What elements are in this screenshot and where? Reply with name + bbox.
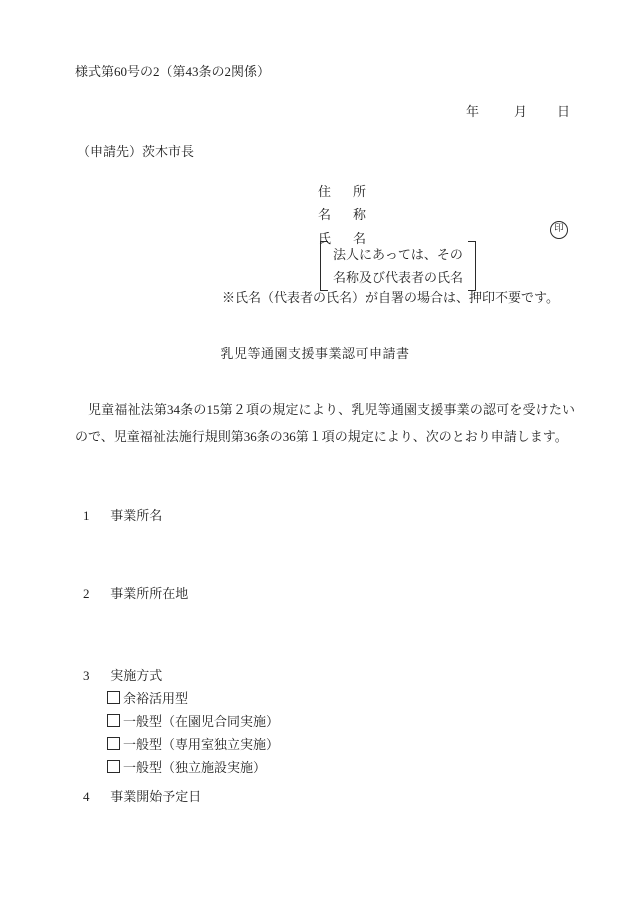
- item-4-number: 4: [83, 789, 107, 805]
- date-line: 年 月 日: [0, 101, 630, 117]
- corporate-note-line2: 名称及び代表者の氏名: [333, 270, 463, 285]
- option-label: 余裕活用型: [123, 691, 188, 706]
- left-bracket: [320, 241, 328, 291]
- address-label-first: 住: [318, 181, 331, 200]
- item-1-number: 1: [83, 508, 107, 524]
- checkbox-icon: [107, 737, 120, 750]
- item-2-number: 2: [83, 586, 107, 602]
- address-label-second: 所: [353, 181, 366, 200]
- item-2: 2 事業所所在地: [83, 583, 188, 602]
- date-day-label: 日: [557, 101, 570, 120]
- item-4: 4 事業開始予定日: [83, 786, 201, 805]
- name-label-second: 称: [353, 204, 366, 223]
- checkbox-icon: [107, 714, 120, 727]
- option-label: 一般型（在園児合同実施）: [123, 714, 279, 729]
- checkbox-icon: [107, 691, 120, 704]
- address-label: 住 所: [318, 181, 366, 200]
- option-row: 一般型（在園児合同実施）: [107, 711, 279, 730]
- corporate-note-line1: 法人にあっては、その: [333, 247, 463, 262]
- seal-character: 印: [554, 225, 564, 235]
- item-1-label: 事業所名: [110, 508, 162, 523]
- name-label-first: 名: [318, 204, 331, 223]
- item-1: 1 事業所名: [83, 505, 162, 524]
- option-label: 一般型（専用室独立実施）: [123, 737, 279, 752]
- option-row: 余裕活用型: [107, 688, 188, 707]
- item-4-label: 事業開始予定日: [110, 789, 201, 804]
- option-row: 一般型（独立施設実施）: [107, 757, 266, 776]
- right-bracket: [468, 241, 476, 291]
- item-2-label: 事業所所在地: [110, 586, 188, 601]
- checkbox-icon: [107, 760, 120, 773]
- item-3-label: 実施方式: [110, 668, 162, 683]
- option-row: 一般型（専用室独立実施）: [107, 734, 279, 753]
- body-paragraph: 児童福祉法第34条の15第２項の規定により、乳児等通園支援事業の認可を受けたいの…: [75, 396, 575, 450]
- seal-mark-icon: 印: [550, 221, 568, 239]
- signature-note: ※氏名（代表者の氏名）が自署の場合は、押印不要です。: [222, 287, 559, 306]
- form-page: 様式第60号の2（第43条の2関係） 年 月 日 （申請先）茨木市長 住 所 名…: [0, 0, 630, 903]
- corporate-note: 法人にあっては、その 名称及び代表者の氏名: [320, 241, 476, 291]
- item-3-number: 3: [83, 668, 107, 684]
- option-label: 一般型（独立施設実施）: [123, 760, 266, 775]
- addressee: （申請先）茨木市長: [77, 141, 194, 160]
- form-number: 様式第60号の2（第43条の2関係）: [75, 61, 270, 80]
- date-month-label: 月: [514, 101, 527, 120]
- item-3: 3 実施方式: [83, 665, 162, 684]
- date-year-label: 年: [466, 101, 479, 120]
- name-label: 名 称: [318, 204, 366, 223]
- document-title: 乳児等通園支援事業認可申請書: [0, 343, 630, 362]
